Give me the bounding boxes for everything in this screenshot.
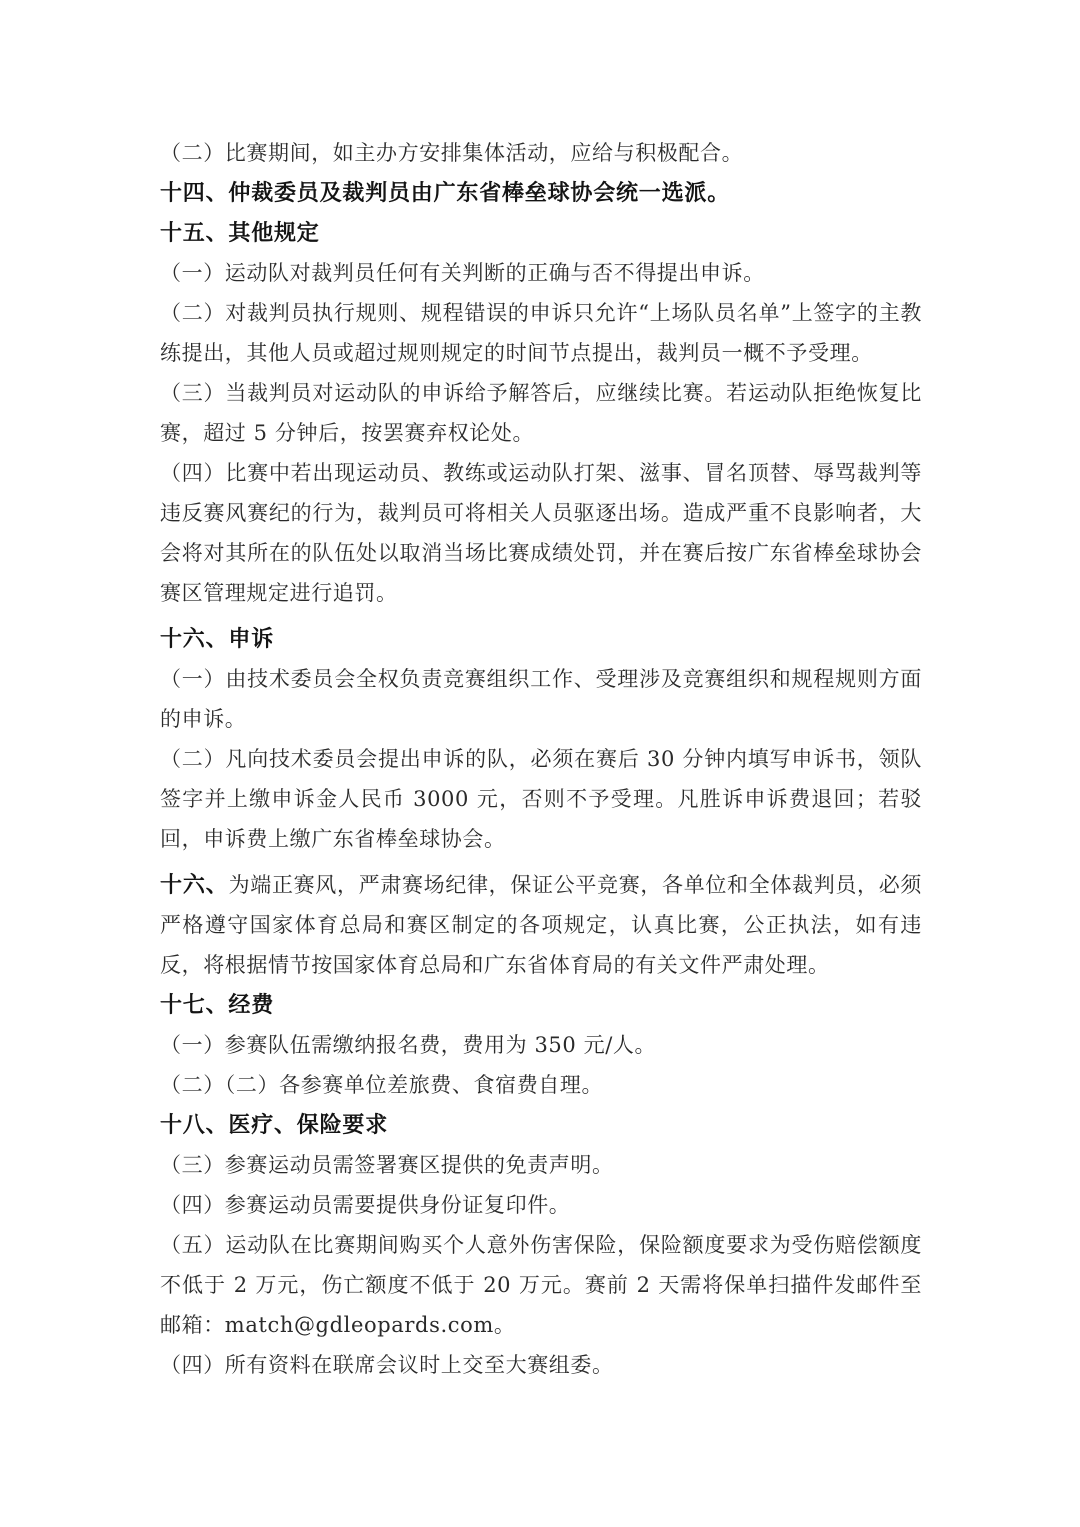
section-heading: 十四、仲裁委员及裁判员由广东省棒垒球协会统一选派。	[160, 173, 922, 213]
paragraph: （四）比赛中若出现运动员、教练或运动队打架、滋事、冒名顶替、辱骂裁判等违反赛风赛…	[160, 453, 922, 613]
document-content: （二）比赛期间，如主办方安排集体活动，应给与积极配合。十四、仲裁委员及裁判员由广…	[160, 133, 922, 1385]
section-heading: 十八、医疗、保险要求	[160, 1105, 922, 1145]
paragraph: （四）所有资料在联席会议时上交至大赛组委。	[160, 1345, 922, 1385]
paragraph: （三）参赛运动员需签署赛区提供的免责声明。	[160, 1145, 922, 1185]
section-heading: 十七、经费	[160, 985, 922, 1025]
paragraph: （三）当裁判员对运动队的申诉给予解答后，应继续比赛。若运动队拒绝恢复比赛，超过 …	[160, 373, 922, 453]
paragraph: （一）参赛队伍需缴纳报名费，费用为 350 元/人。	[160, 1025, 922, 1065]
document-page: （二）比赛期间，如主办方安排集体活动，应给与积极配合。十四、仲裁委员及裁判员由广…	[0, 0, 1080, 1527]
paragraph: （一）由技术委员会全权负责竞赛组织工作、受理涉及竞赛组织和规程规则方面的申诉。	[160, 659, 922, 739]
section-heading: 十六、申诉	[160, 619, 922, 659]
paragraph-bold-prefix: 十六、	[160, 872, 229, 897]
section-heading: 十五、其他规定	[160, 213, 922, 253]
paragraph: 十六、为端正赛风，严肃赛场纪律，保证公平竞赛，各单位和全体裁判员，必须严格遵守国…	[160, 865, 922, 985]
paragraph: （一）运动队对裁判员任何有关判断的正确与否不得提出申诉。	[160, 253, 922, 293]
paragraph: （二）（二）各参赛单位差旅费、食宿费自理。	[160, 1065, 922, 1105]
paragraph: （五）运动队在比赛期间购买个人意外伤害保险，保险额度要求为受伤赔偿额度不低于 2…	[160, 1225, 922, 1345]
paragraph: （二）对裁判员执行规则、规程错误的申诉只允许“上场队员名单”上签字的主教练提出，…	[160, 293, 922, 373]
paragraph: （二）比赛期间，如主办方安排集体活动，应给与积极配合。	[160, 133, 922, 173]
paragraph: （二）凡向技术委员会提出申诉的队，必须在赛后 30 分钟内填写申诉书，领队签字并…	[160, 739, 922, 859]
paragraph: （四）参赛运动员需要提供身份证复印件。	[160, 1185, 922, 1225]
